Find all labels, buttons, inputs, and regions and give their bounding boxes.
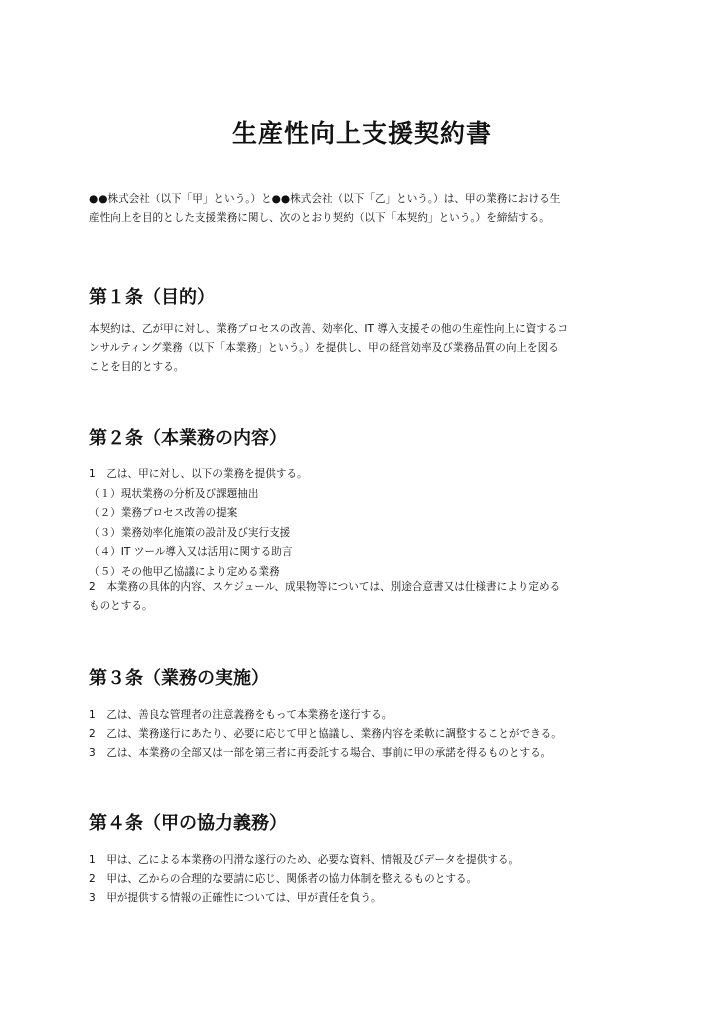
article-3-heading: 第３条（業務の実施） <box>89 666 269 692</box>
article-item: （３）業務効率化施策の設計及び実行支援 <box>89 524 649 544</box>
document-title: 生産性向上支援契約書 <box>0 116 724 152</box>
article-4-heading: 第４条（甲の協力義務） <box>89 811 287 837</box>
article-line: ものとする。 <box>89 597 649 616</box>
preamble: ●●株式会社（以下「甲」という。）と●●株式会社（以下「乙」という。）は、甲の業… <box>89 190 649 228</box>
article-line: ンサルティング業務（以下「本業務」という。）を提供し、甲の経営効率及び業務品質の… <box>89 339 649 358</box>
article-item: （４）IT ツール導入又は活用に関する助言 <box>89 543 649 563</box>
article-line: 2 甲は、乙からの合理的な要請に応じ、関係者の協力体制を整えるものとする。 <box>89 870 649 889</box>
document-page: 生産性向上支援契約書 ●●株式会社（以下「甲」という。）と●●株式会社（以下「乙… <box>0 0 724 1024</box>
article-line: 1 乙は、甲に対し、以下の業務を提供する。 <box>89 465 649 485</box>
article-line: 1 乙は、善良な管理者の注意義務をもって本業務を遂行する。 <box>89 706 649 725</box>
article-line: 3 乙は、本業務の全部又は一部を第三者に再委託する場合、事前に甲の承諾を得るもの… <box>89 744 649 763</box>
article-3-body: 1 乙は、善良な管理者の注意義務をもって本業務を遂行する。 2 乙は、業務遂行に… <box>89 706 649 763</box>
article-line: ことを目的とする。 <box>89 358 649 377</box>
article-line: 3 甲が提供する情報の正確性については、甲が責任を負う。 <box>89 889 649 908</box>
article-1-body: 本契約は、乙が甲に対し、業務プロセスの改善、効率化、IT 導入支援その他の生産性… <box>89 320 649 377</box>
article-item: （１）現状業務の分析及び課題抽出 <box>89 485 649 505</box>
article-item: （２）業務プロセス改善の提案 <box>89 504 649 524</box>
article-2-clause-2: 2 本業務の具体的内容、スケジュール、成果物等については、別途合意書又は仕様書に… <box>89 578 649 616</box>
article-line: 本契約は、乙が甲に対し、業務プロセスの改善、効率化、IT 導入支援その他の生産性… <box>89 320 649 339</box>
preamble-line: 産性向上を目的とした支援業務に関し、次のとおり契約（以下「本契約」という。）を締… <box>89 209 649 228</box>
article-line: 1 甲は、乙による本業務の円滑な遂行のため、必要な資料、情報及びデータを提供する… <box>89 851 649 870</box>
preamble-line: ●●株式会社（以下「甲」という。）と●●株式会社（以下「乙」という。）は、甲の業… <box>89 190 649 209</box>
article-1-heading: 第１条（目的） <box>89 285 215 311</box>
article-4-body: 1 甲は、乙による本業務の円滑な遂行のため、必要な資料、情報及びデータを提供する… <box>89 851 649 908</box>
article-line: 2 本業務の具体的内容、スケジュール、成果物等については、別途合意書又は仕様書に… <box>89 578 649 597</box>
article-line: 2 乙は、業務遂行にあたり、必要に応じて甲と協議し、業務内容を柔軟に調整すること… <box>89 725 649 744</box>
article-2-body: 1 乙は、甲に対し、以下の業務を提供する。 （１）現状業務の分析及び課題抽出 （… <box>89 465 649 582</box>
article-2-heading: 第２条（本業務の内容） <box>89 426 287 452</box>
